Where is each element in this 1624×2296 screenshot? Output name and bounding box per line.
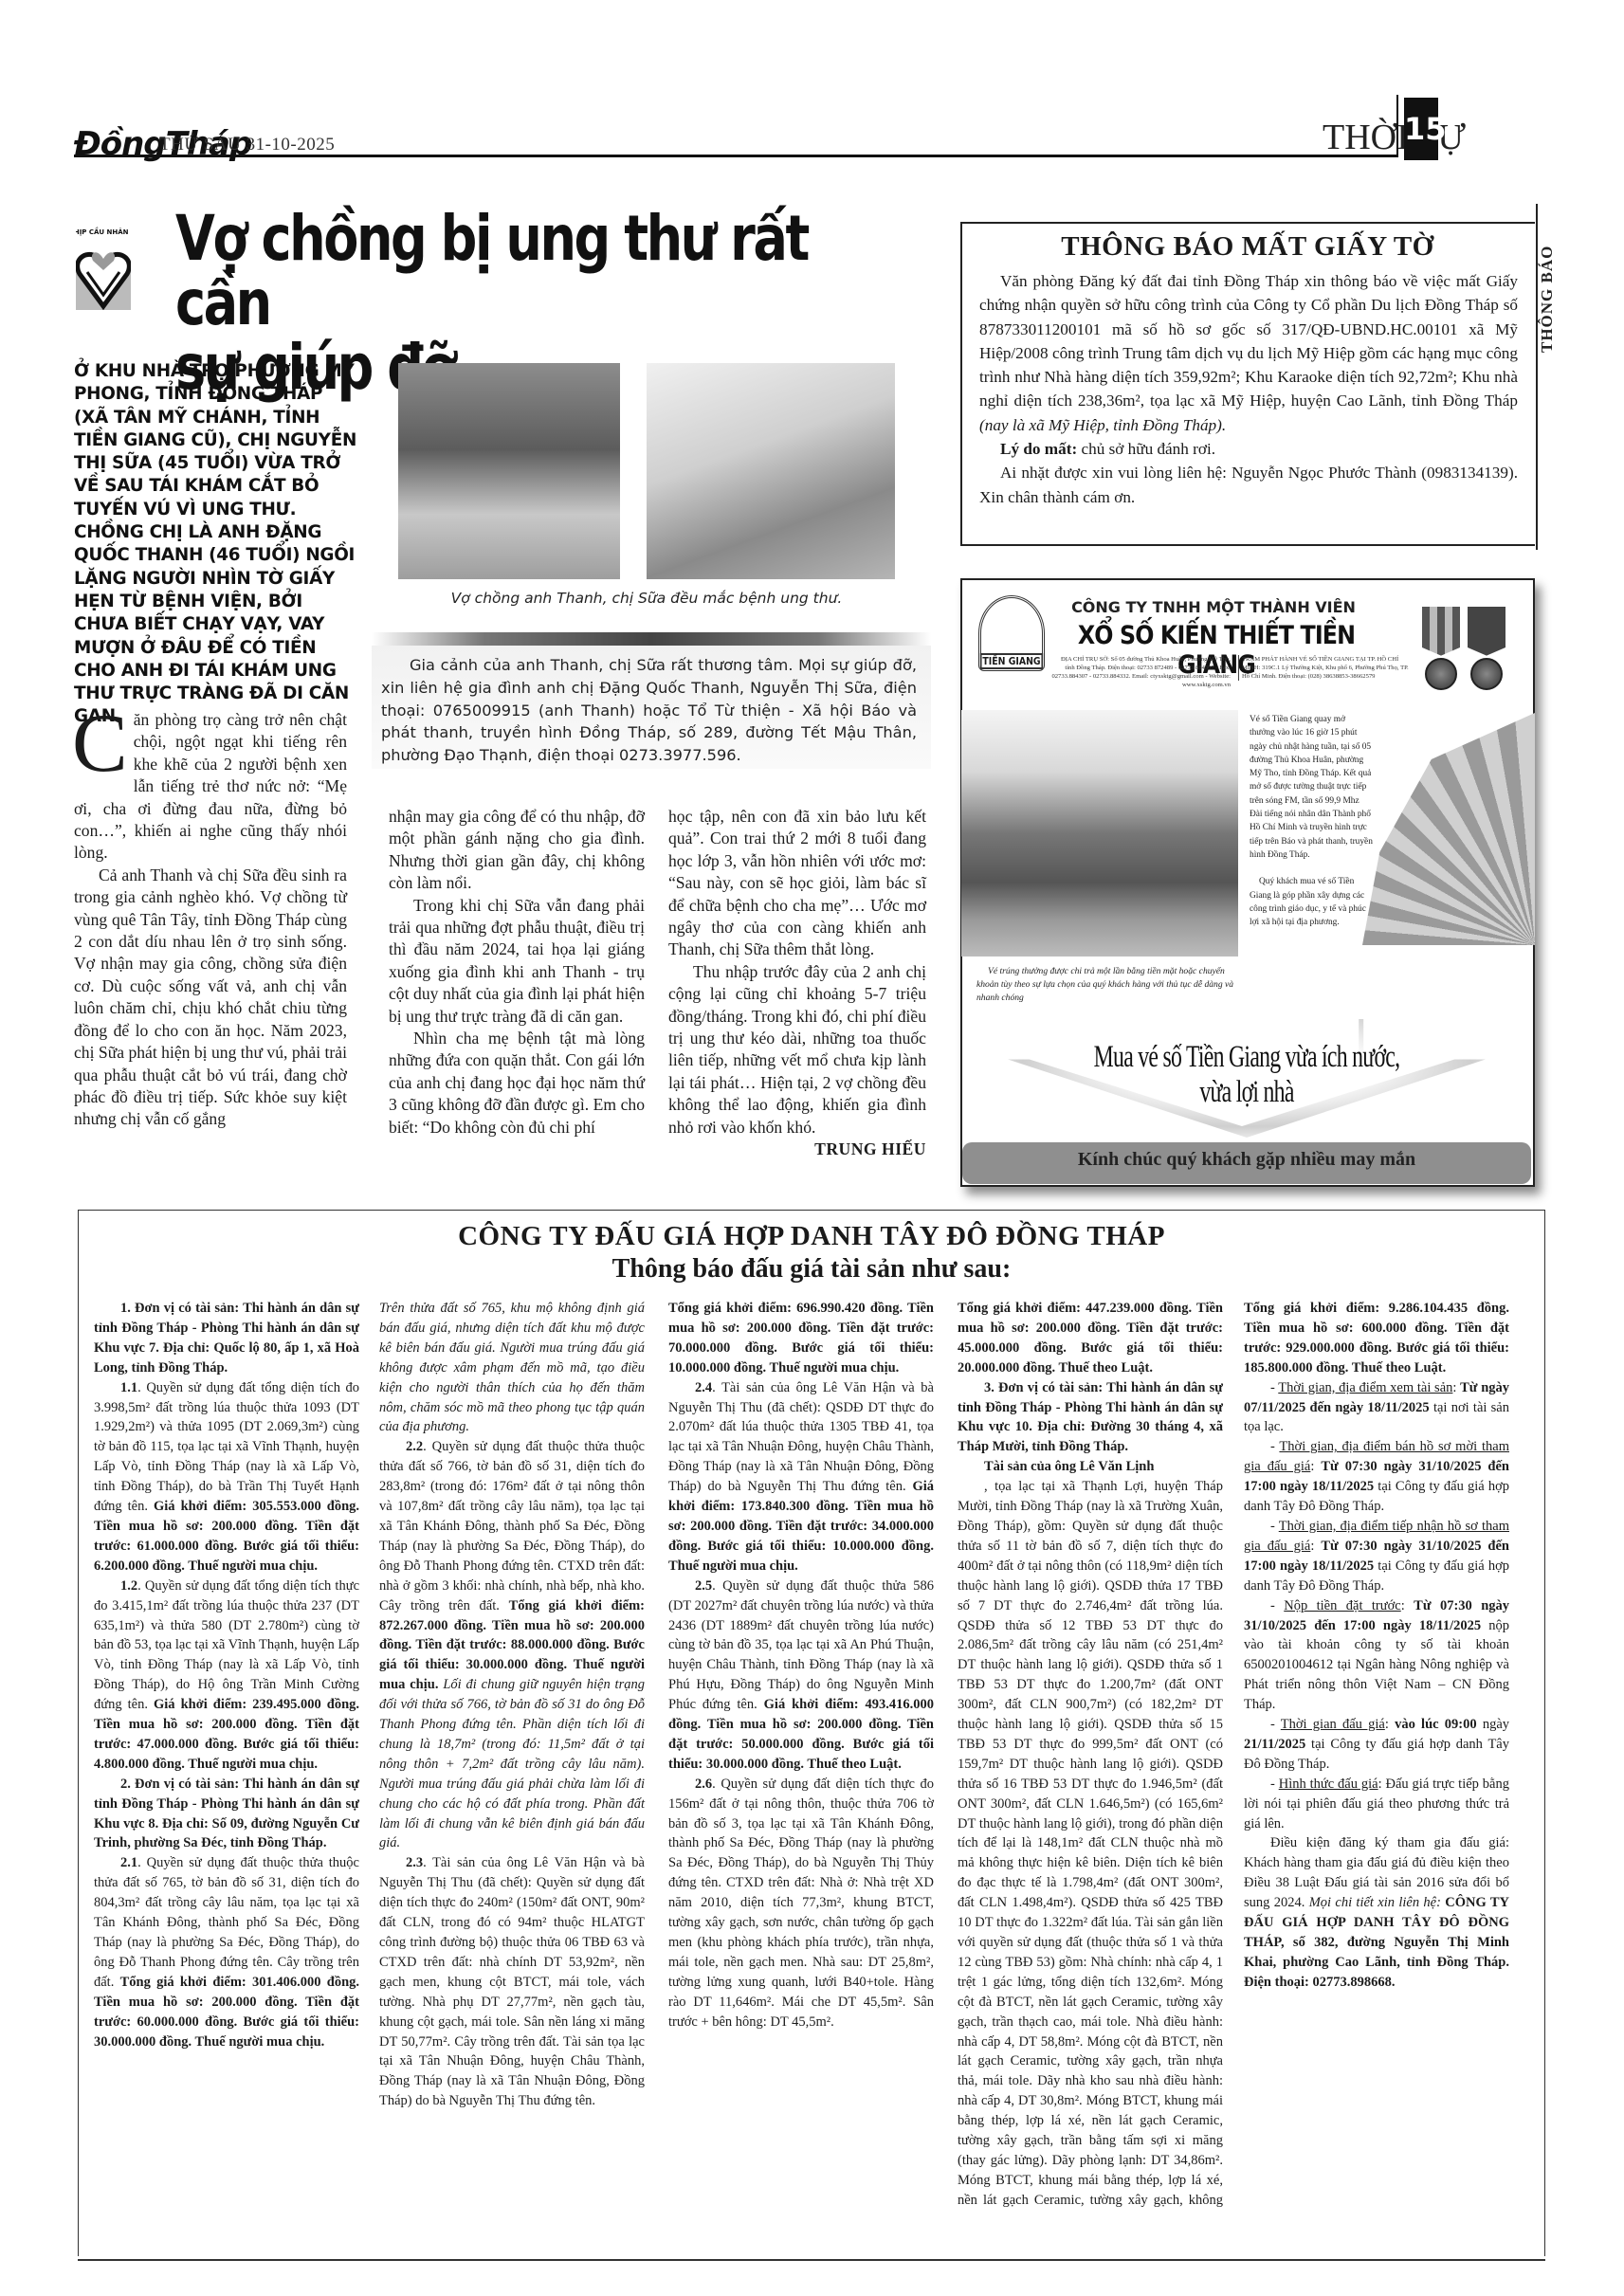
schedule-label: Hình thức đấu giá bbox=[1279, 1777, 1378, 1792]
asset-unit: 3. Đơn vị có tài sản: Thi hành án dân sự… bbox=[958, 1380, 1223, 1455]
paragraph: Nhìn cha mẹ bệnh tật mà lòng những đứa c… bbox=[389, 1028, 645, 1139]
item-id: 2.3 bbox=[406, 1855, 423, 1870]
ad-building-photo bbox=[961, 710, 1238, 957]
auction-company-title: CÔNG TY ĐẤU GIÁ HỢP DANH TÂY ĐÔ ĐỒNG THÁ… bbox=[78, 1221, 1545, 1252]
reason-text: chủ sở hữu đánh rơi. bbox=[1077, 440, 1215, 458]
schedule-date: 21/11/2025 bbox=[1244, 1737, 1305, 1752]
schedule-label: Nộp tiền đặt trước bbox=[1284, 1598, 1400, 1613]
schedule-date: vào lúc 09:00 bbox=[1395, 1717, 1477, 1732]
contact-label: Mọi chi tiết xin liên hệ: bbox=[1309, 1895, 1441, 1910]
auction-column-3: Tổng giá khởi điểm: 696.990.420 đồng. Ti… bbox=[668, 1299, 934, 2032]
item-price: Tổng giá khởi điểm: 301.406.000 đồng. Ti… bbox=[94, 1975, 359, 2050]
item-text: Quyền sử dụng đất tổng diện tích đo 3.99… bbox=[94, 1380, 359, 1514]
notice-section-tab: THÔNG BÁO bbox=[1538, 213, 1566, 384]
headline-line-1: Vợ chồng bị ung thư rất cần bbox=[175, 207, 812, 336]
item-text: Quyền sử dụng đất thuộc thửa thuộc thửa … bbox=[94, 1855, 359, 1989]
schedule-text: ngày bbox=[1477, 1717, 1509, 1732]
emblem-label: TIỀN GIANG bbox=[980, 653, 1043, 669]
item-text: Quyền sử dụng đất thuộc thửa thuộc thửa … bbox=[379, 1439, 645, 1613]
notice-text-italic: (nay là xã Mỹ Hiệp, tỉnh Đồng Tháp). bbox=[979, 416, 1226, 434]
paragraph: Cả anh Thanh và chị Sữa đều sinh ra tron… bbox=[74, 865, 347, 1131]
item-id: 1.1 bbox=[120, 1380, 137, 1395]
charity-heart-icon: NHỊP CẦU NHÂN ÁI bbox=[76, 215, 131, 310]
ad-caption: Vé trúng thưởng được chi trả một lần bằn… bbox=[976, 965, 1238, 1005]
medal-icon bbox=[1425, 658, 1457, 690]
auction-column-2: Trên thửa đất số 765, khu mộ không định … bbox=[379, 1299, 645, 2111]
help-box-bar bbox=[372, 632, 931, 646]
item-note: Lối đi chung giữ nguyên hiện trạng đối v… bbox=[379, 1677, 645, 1850]
photo-wife-hospital bbox=[647, 363, 895, 579]
ad-info-paragraph: Vé số Tiền Giang quay mở thưởng vào lúc … bbox=[1250, 713, 1373, 862]
svg-text:NHỊP CẦU NHÂN ÁI: NHỊP CẦU NHÂN ÁI bbox=[76, 227, 131, 236]
byline: TRUNG HIẾU bbox=[668, 1139, 926, 1160]
medal-icon bbox=[1470, 658, 1503, 690]
article-column-1: Căn phòng trọ càng trở nên chật chội, ng… bbox=[74, 709, 347, 1131]
paragraph: nhận may gia công để có thu nhập, đỡ một… bbox=[389, 806, 645, 895]
reason-label: Lý do mất: bbox=[1000, 440, 1077, 458]
ad-info-paragraph: Quý khách mua vé số Tiền Giang là góp ph… bbox=[1250, 875, 1373, 929]
item-id: 2.5 bbox=[695, 1578, 712, 1594]
item-price: Tổng giá khởi điểm: 696.990.420 đồng. Ti… bbox=[668, 1301, 934, 1376]
page-number: 15 bbox=[1404, 98, 1438, 160]
asset-unit: 1. Đơn vị có tài sản: Thi hành án dân sự… bbox=[94, 1301, 359, 1376]
item-text: Quyền sử dụng đất tổng diện tích thực đo… bbox=[94, 1578, 359, 1712]
notice-text: Văn phòng Đăng ký đất đai tỉnh Đồng Tháp… bbox=[979, 272, 1518, 410]
notice-title: THÔNG BÁO MẤT GIẤY TỜ bbox=[960, 231, 1535, 263]
item-id: 2.6 bbox=[695, 1777, 712, 1792]
item-price: Tổng giá khởi điểm: 447.239.000 đồng. Ti… bbox=[958, 1301, 1223, 1376]
ad-head-office-address: ĐỊA CHỈ TRỤ SỞ: Số 05 đường Thủ Khoa Huâ… bbox=[1050, 655, 1231, 689]
masthead-divider bbox=[1396, 95, 1398, 157]
auction-subtitle: Thông báo đấu giá tài sản như sau: bbox=[78, 1254, 1545, 1285]
item-text: Tài sản của ông Lê Văn Hận và bà Nguyễn … bbox=[668, 1380, 934, 1495]
schedule-label: Thời gian, địa điểm xem tài sản bbox=[1278, 1380, 1452, 1395]
asset-owner: Tài sản của ông Lê Văn Lịnh bbox=[984, 1459, 1154, 1474]
ad-slogan: Mua vé số Tiền Giang vừa ích nước, vừa l… bbox=[1086, 1040, 1407, 1110]
article-column-3: học tập, nên con đã xin bảo lưu kết quả”… bbox=[668, 806, 926, 1161]
article-column-2: nhận may gia công để có thu nhập, đỡ một… bbox=[389, 806, 645, 1139]
paragraph: Thu nhập trước đây của 2 anh chị cộng lạ… bbox=[668, 961, 926, 1139]
asset-unit: 2. Đơn vị có tài sản: Thi hành án dân sự… bbox=[94, 1777, 359, 1851]
paragraph: học tập, nên con đã xin bảo lưu kết quả”… bbox=[668, 806, 926, 961]
item-price: Tổng giá khởi điểm: 9.286.104.435 đồng. … bbox=[1244, 1301, 1509, 1376]
notice-body: Văn phòng Đăng ký đất đai tỉnh Đồng Tháp… bbox=[979, 269, 1518, 509]
photo-husband bbox=[398, 363, 620, 579]
auction-column-1: 1. Đơn vị có tài sản: Thi hành án dân sự… bbox=[94, 1299, 359, 2051]
masthead-rule bbox=[74, 155, 1396, 157]
item-id: 2.4 bbox=[695, 1380, 712, 1395]
item-text: , tọa lạc tại xã Thạnh Lợi, huyện Tháp M… bbox=[958, 1477, 1223, 2210]
photo-caption: Vợ chồng anh Thanh, chị Sữa đều mắc bệnh… bbox=[398, 590, 895, 607]
notice-contact: Ai nhặt được xin vui lòng liên hệ: Nguyễ… bbox=[979, 461, 1518, 509]
issue-date: THỨ SÁU 31-10-2025 bbox=[159, 135, 335, 155]
ad-company-type: CÔNG TY TNHH MỘT THÀNH VIÊN bbox=[1052, 598, 1375, 616]
item-text: Quyền sử dụng đất diện tích thực đo 156m… bbox=[668, 1777, 934, 2030]
ad-hcm-office-address: TRẠM PHÁT HÀNH VÉ SỐ TIỀN GIANG TẠI TP. … bbox=[1238, 655, 1409, 681]
item-note: Trên thửa đất số 765, khu mộ không định … bbox=[379, 1301, 645, 1434]
paragraph: Trong khi chị Sữa vẫn đang phải trải qua… bbox=[389, 895, 645, 1028]
article-lead: Ở khu nhà trọ phường Mỹ Phong, tỉnh Đồng… bbox=[74, 360, 358, 729]
item-text: Tài sản của ông Lê Văn Hận và bà Nguyễn … bbox=[379, 1855, 645, 2108]
auction-column-5: Tổng giá khởi điểm: 9.286.104.435 đồng. … bbox=[1244, 1299, 1509, 1993]
help-box-text: Gia cảnh của anh Thanh, chị Sữa rất thươ… bbox=[381, 654, 917, 767]
ad-banner-text: Kính chúc quý khách gặp nhiều may mắn bbox=[962, 1149, 1531, 1171]
item-text: Quyền sử dụng đất thuộc thửa 586 (DT 202… bbox=[668, 1578, 934, 1712]
auction-bottom-rule bbox=[78, 2259, 1545, 2261]
schedule-label: Thời gian đấu giá bbox=[1281, 1717, 1385, 1732]
auction-column-4: Tổng giá khởi điểm: 447.239.000 đồng. Ti… bbox=[958, 1299, 1223, 2210]
item-id: 2.1 bbox=[120, 1855, 137, 1870]
item-id: 2.2 bbox=[406, 1439, 423, 1454]
item-id: 1.2 bbox=[120, 1578, 137, 1594]
drop-cap: C bbox=[72, 711, 128, 777]
ad-info-text: Vé số Tiền Giang quay mở thưởng vào lúc … bbox=[1250, 713, 1373, 929]
